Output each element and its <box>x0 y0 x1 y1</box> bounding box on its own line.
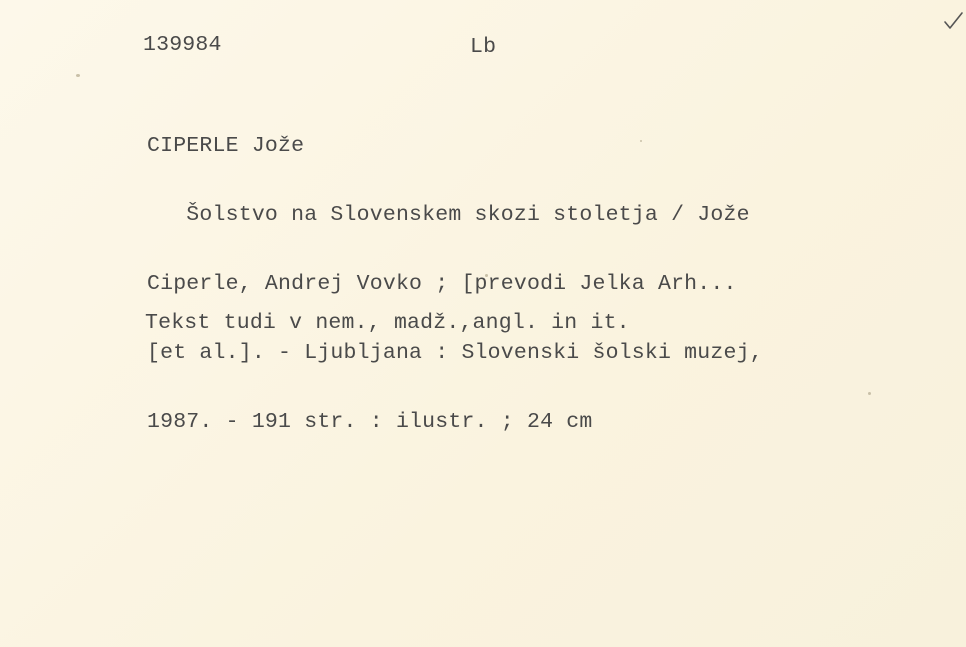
description-line: Šolstvo na Slovenskem skozi stoletja / J… <box>147 204 763 227</box>
author-heading: CIPERLE Jože <box>147 135 304 158</box>
check-mark-icon <box>942 10 964 32</box>
paper-fleck <box>868 392 871 395</box>
language-note: Tekst tudi v nem., madž.,angl. in it. <box>145 312 630 335</box>
paper-fleck <box>485 274 488 277</box>
location-code: Lb <box>470 36 496 59</box>
catalog-card: 139984 Lb CIPERLE Jože Šolstvo na Sloven… <box>0 0 966 647</box>
paper-fleck <box>640 140 642 142</box>
description-line: Ciperle, Andrej Vovko ; [prevodi Jelka A… <box>147 273 763 296</box>
description-line: 1987. - 191 str. : ilustr. ; 24 cm <box>147 411 763 434</box>
accession-number: 139984 <box>143 34 222 57</box>
description-line: [et al.]. - Ljubljana : Slovenski šolski… <box>147 342 763 365</box>
paper-fleck <box>76 74 80 77</box>
